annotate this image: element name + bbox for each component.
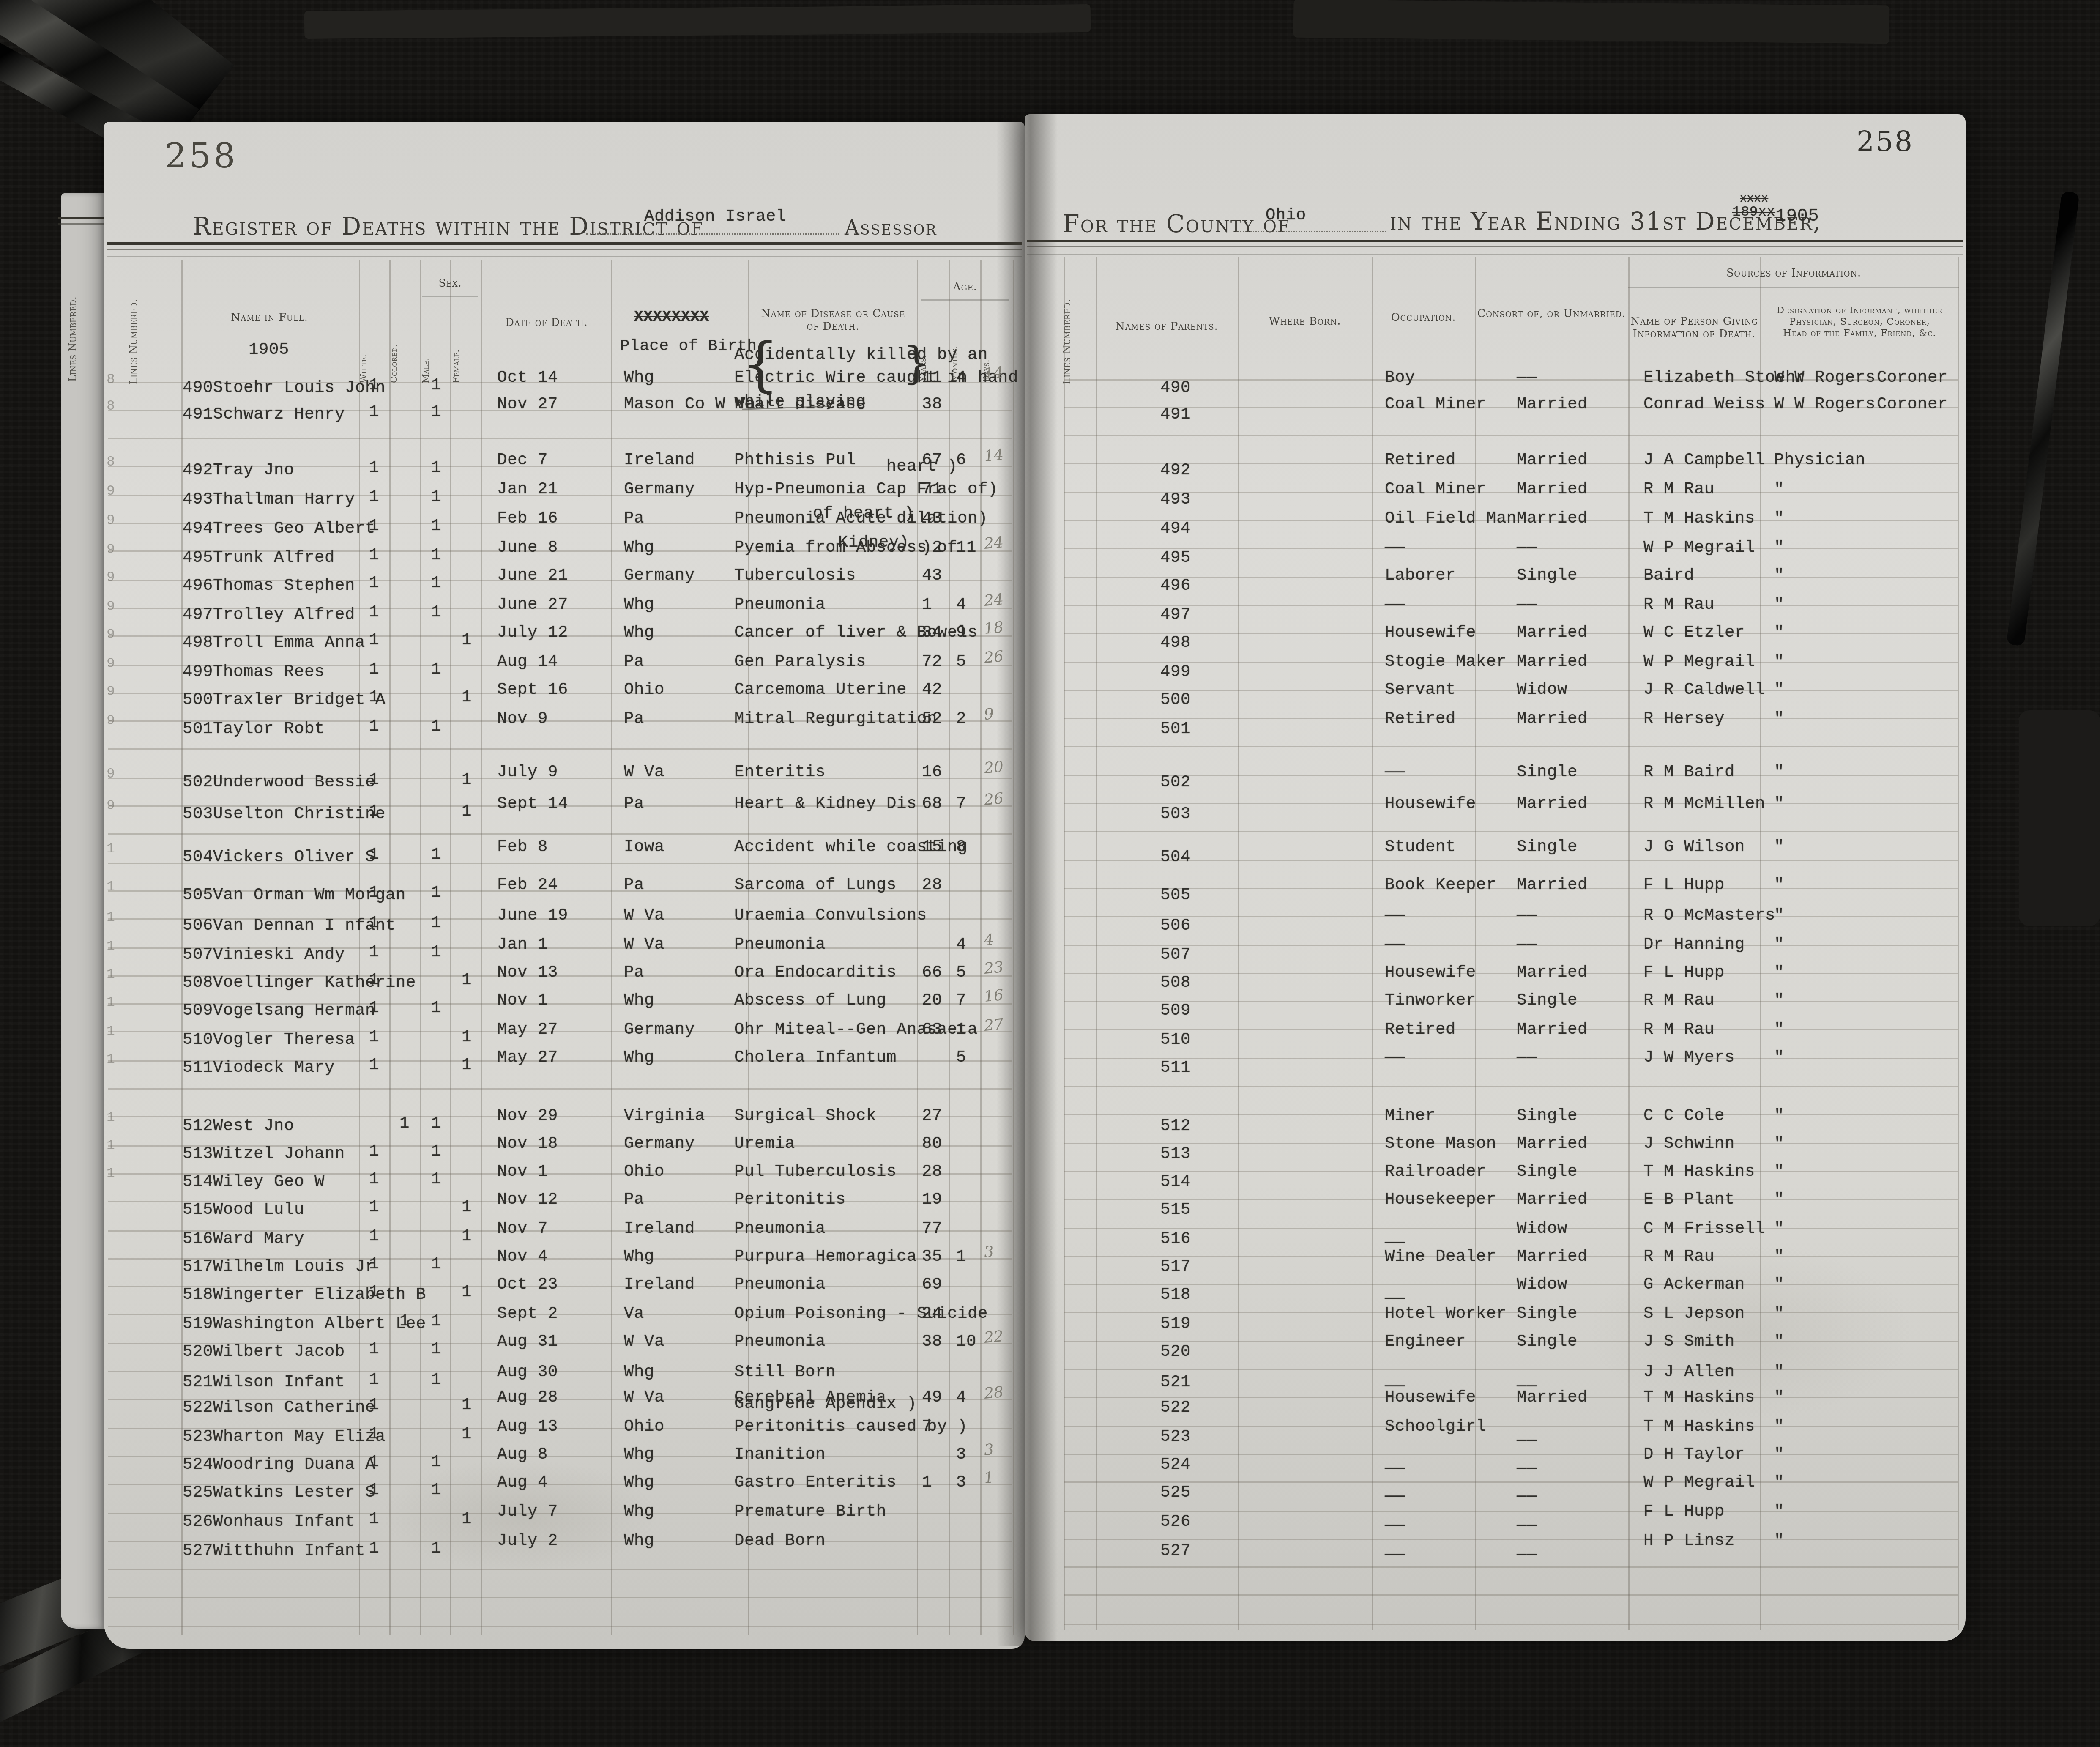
designation-cell: " — [1774, 1162, 1784, 1181]
entry-number: 519 — [1160, 1314, 1191, 1333]
age-years: 1 — [922, 1473, 932, 1492]
county-name: Ohio — [1266, 205, 1306, 225]
death-date: Aug 4 — [497, 1473, 548, 1492]
edge-digit: 9 — [107, 685, 115, 700]
age-years: 24 — [922, 1304, 942, 1323]
previous-page-rule-2 — [58, 223, 109, 225]
ruled-line — [1064, 1482, 1958, 1483]
edge-digit: 9 — [107, 799, 115, 814]
birth-place: Germany — [624, 566, 695, 585]
informant-cell: R M McMillen — [1643, 794, 1765, 813]
male-mark: 1 — [431, 375, 441, 394]
entry-number: 510 — [1160, 1030, 1191, 1049]
age-years: 35 — [922, 1247, 942, 1266]
age-months: 10 — [956, 1332, 976, 1351]
death-date: June 27 — [497, 595, 568, 614]
ruled-line — [1064, 1566, 1958, 1568]
informant-cell: W P Megrail — [1643, 1473, 1755, 1492]
cause-of-death: Dead Born — [734, 1531, 826, 1550]
male-mark: 1 — [431, 942, 441, 961]
death-date: June 21 — [497, 566, 568, 585]
death-date: Nov 18 — [497, 1134, 558, 1153]
age-years: 38 — [922, 1332, 942, 1351]
death-date: Jan 21 — [497, 479, 558, 498]
age-years: 52 — [922, 709, 942, 728]
consort-cell: Single — [1517, 1332, 1578, 1351]
entry-name: Viodeck Mary — [213, 1058, 335, 1077]
ruled-line — [1064, 548, 1958, 550]
birth-place: Virginia — [624, 1106, 705, 1125]
edge-digit: 9 — [107, 600, 115, 615]
male-mark: 1 — [431, 516, 441, 535]
designation-cell: " — [1774, 1190, 1784, 1209]
designation-cell: " — [1774, 1048, 1784, 1067]
entry-name: Washington Albert Lee — [213, 1314, 426, 1333]
age-days-handwritten: 22 — [983, 1327, 1004, 1347]
death-date: June 19 — [497, 906, 568, 925]
entry-number: 505 — [183, 885, 213, 904]
birth-place: Whg — [624, 1502, 654, 1521]
death-date: Nov 7 — [497, 1219, 548, 1238]
white-mark: 1 — [369, 1227, 379, 1246]
male-mark: 1 — [431, 487, 441, 506]
edge-digit: 9 — [107, 767, 115, 783]
age-years: 49 — [922, 1388, 942, 1407]
register-title: Register of Deaths within the District o… — [193, 213, 704, 241]
entry-number: 521 — [183, 1372, 213, 1391]
entry-number: 519 — [183, 1314, 213, 1333]
informant-cell: J A Campbell — [1643, 450, 1765, 469]
column-line — [420, 260, 421, 1635]
ruled-line — [1064, 916, 1958, 917]
entry-name: Traxler Bridget A — [213, 690, 386, 709]
death-date: Oct 14 — [497, 368, 558, 387]
designation-cell: " — [1774, 1531, 1784, 1550]
death-date: Aug 31 — [497, 1332, 558, 1351]
entry-name: Wilson Catherine — [213, 1398, 375, 1417]
birth-place: Whg — [624, 1473, 654, 1492]
cause-of-death: Pneumonia — [734, 1219, 826, 1238]
occupation-header: Occupation. — [1372, 312, 1475, 325]
designation-cell: " — [1774, 794, 1784, 813]
informant-cell: T M Haskins — [1643, 1162, 1755, 1181]
male-mark: 1 — [431, 402, 441, 421]
death-date: Oct 23 — [497, 1275, 558, 1294]
white-mark: 1 — [369, 630, 379, 649]
parents-header: Names of Parents. — [1096, 321, 1238, 334]
birth-place: Whg — [624, 623, 654, 642]
informant-cell: Conrad Weiss — [1643, 394, 1765, 413]
edge-digit: 1 — [107, 996, 115, 1011]
designation-cell: " — [1774, 652, 1784, 671]
cause-of-death: Purpura Hemoragica — [734, 1247, 917, 1266]
designation-header-line1: Designation of Informant, whether — [1760, 304, 1959, 316]
consort-cell: Married — [1517, 450, 1588, 469]
age-years: 69 — [922, 1275, 942, 1294]
white-mark: 1 — [369, 1142, 379, 1161]
entry-number: 494 — [1160, 519, 1191, 538]
title-rule — [1027, 240, 1963, 242]
entry-number: 505 — [1160, 885, 1191, 904]
entry-number: 527 — [1160, 1541, 1191, 1560]
struck-place-header: XXXXXXXX — [634, 308, 709, 326]
birth-place: Pa — [624, 875, 644, 894]
entry-name: Troll Emma Anna — [213, 633, 365, 652]
death-date: Feb 8 — [497, 837, 548, 856]
white-mark: 1 — [369, 1169, 379, 1188]
informant-cell: J G Wilson — [1643, 837, 1745, 856]
age-days-handwritten: 27 — [983, 1015, 1004, 1035]
female-mark: 1 — [462, 1424, 472, 1443]
entry-number: 516 — [1160, 1229, 1191, 1248]
birth-place: Whg — [624, 1362, 654, 1381]
ruled-line — [1064, 1029, 1958, 1030]
entry-number: 515 — [1160, 1200, 1191, 1219]
district-underline — [586, 233, 839, 235]
male-mark: 1 — [431, 998, 441, 1017]
board-top-right — [1293, 0, 1890, 44]
entry-name: Stoehr Louis John — [213, 378, 386, 397]
entry-name: Taylor Robt — [213, 719, 325, 738]
ruled-line — [1064, 746, 1958, 748]
entry-name: Vogelsang Herman — [213, 1001, 375, 1020]
designation-cell: " — [1774, 906, 1784, 925]
entry-name: Uselton Christine — [213, 804, 386, 823]
colored-mark: 1 — [399, 1312, 410, 1331]
death-date: Sept 2 — [497, 1304, 558, 1323]
column-line — [1238, 257, 1239, 1630]
designation-cell: " — [1774, 875, 1784, 894]
entry-name: Ward Mary — [213, 1229, 304, 1248]
cause-of-death: Peritonitis caused by ) — [734, 1417, 968, 1436]
cause-of-death: Opium Poisoning - Suicide — [734, 1304, 988, 1323]
death-date: Sept 14 — [497, 794, 568, 813]
sources-underline — [1628, 287, 1959, 288]
ruled-line — [1064, 1284, 1958, 1285]
entry-number: 502 — [1160, 772, 1191, 791]
typed-year-header: 1905 — [249, 340, 289, 359]
death-date: Aug 28 — [497, 1388, 558, 1407]
entry-number: 507 — [183, 945, 213, 964]
informant-cell: W P Megrail — [1643, 652, 1755, 671]
occupation-cell: Oil Field Man — [1385, 509, 1517, 528]
male-mark: 1 — [431, 602, 441, 622]
female-col-label: Female. — [451, 350, 462, 383]
entry-number: 510 — [183, 1030, 213, 1049]
entry-number: 525 — [183, 1483, 213, 1502]
edge-digit: 9 — [107, 714, 115, 729]
birth-place: Germany — [624, 1020, 695, 1039]
white-mark: 1 — [369, 458, 379, 477]
age-years: 7 — [922, 1417, 932, 1436]
white-mark: 1 — [369, 1424, 379, 1443]
death-date: Jan 1 — [497, 935, 548, 954]
birth-place: Pa — [624, 1190, 644, 1209]
entry-number: 514 — [1160, 1172, 1191, 1191]
entry-name: Wharton May Eliza — [213, 1427, 386, 1446]
death-date: May 27 — [497, 1020, 558, 1039]
consort-cell: —— — [1517, 1048, 1537, 1067]
age-years: 43 — [922, 509, 942, 528]
entry-number: 496 — [1160, 576, 1191, 595]
birth-place: Germany — [624, 1134, 695, 1153]
death-date: Nov 4 — [497, 1247, 548, 1266]
entry-name: Wingerter Elizabeth B — [213, 1285, 426, 1304]
cause-of-death: Carcemoma Uterine — [734, 680, 907, 699]
white-mark: 1 — [369, 1370, 379, 1389]
brace-right: } — [903, 342, 930, 385]
entry-number: 511 — [1160, 1058, 1191, 1077]
death-date: Nov 1 — [497, 991, 548, 1010]
occupation-cell: Tinworker — [1385, 991, 1476, 1010]
edge-digit: 8 — [107, 373, 115, 388]
white-mark: 1 — [369, 516, 379, 535]
birth-place: Va — [624, 1304, 644, 1323]
age-years: 77 — [922, 1219, 942, 1238]
ruled-line — [1064, 1454, 1958, 1455]
informant-cell: J J Allen — [1643, 1362, 1735, 1381]
ledger-photo: Lines Numbered. 258 258 Register of Deat… — [0, 0, 2100, 1747]
entry-name: Trolley Alfred — [213, 605, 355, 624]
death-date: Aug 14 — [497, 652, 558, 671]
female-mark: 1 — [462, 1509, 472, 1528]
entry-name: Trunk Alfred — [213, 548, 335, 567]
female-mark: 1 — [462, 1227, 472, 1246]
male-col-label: Male. — [421, 358, 431, 383]
edge-digit: 8 — [107, 400, 115, 415]
consort-cell: Married — [1517, 794, 1588, 813]
designation-cell-2: Coroner — [1877, 394, 1948, 413]
female-mark: 1 — [462, 1395, 472, 1414]
male-mark: 1 — [431, 458, 441, 477]
ruled-line — [1064, 492, 1958, 493]
white-mark: 1 — [369, 545, 379, 564]
male-mark: 1 — [431, 1142, 441, 1161]
designation-cell-2: Coroner — [1877, 368, 1948, 387]
occupation-cell: —— — [1385, 595, 1405, 614]
occupation-cell: —— — [1385, 538, 1405, 557]
ruled-line — [108, 438, 1012, 439]
ruled-line — [1064, 1397, 1958, 1398]
birth-place: Ireland — [624, 1219, 695, 1238]
death-date: Nov 27 — [497, 394, 558, 413]
entry-name: Wood Lulu — [213, 1200, 304, 1219]
male-mark: 1 — [431, 1114, 441, 1133]
title-rule — [1027, 254, 1963, 255]
informant-cell: H P Linsz — [1643, 1531, 1735, 1550]
ruled-line — [1064, 945, 1958, 946]
white-mark: 1 — [369, 883, 379, 902]
previous-page-lines-numbered-label: Lines Numbered. — [67, 296, 79, 382]
birth-place: Pa — [624, 794, 644, 813]
cause-of-death: Pneumonia — [734, 935, 826, 954]
occupation-cell: Hotel Worker — [1385, 1304, 1507, 1323]
age-days-handwritten: 28 — [983, 1383, 1004, 1402]
entry-name: Vickers Oliver S — [213, 847, 375, 866]
death-date: Aug 8 — [497, 1445, 548, 1464]
cause-of-death: Hyp-Pneumonia Cap Frac of) — [734, 479, 998, 498]
ruled-line — [1064, 775, 1958, 776]
edge-digit: 1 — [107, 1025, 115, 1040]
informant-cell: S L Jepson — [1643, 1304, 1745, 1323]
entry-number: 502 — [183, 772, 213, 791]
designation-cell: " — [1774, 1020, 1784, 1039]
brace-left: { — [742, 334, 779, 393]
page-number-left: 258 — [165, 137, 238, 176]
designation-cell: " — [1774, 566, 1784, 585]
entry-number: 493 — [1160, 490, 1191, 509]
consort-cell: Married — [1517, 709, 1588, 728]
occupation-cell: Engineer — [1385, 1332, 1466, 1351]
consort-cell: Married — [1517, 509, 1588, 528]
age-days-handwritten: 4 — [983, 931, 994, 949]
occupation-cell: Miner — [1385, 1106, 1436, 1125]
sources-header: Sources of Information. — [1628, 268, 1959, 280]
entry-name: Van Dennan I nfant — [213, 916, 396, 935]
cause-of-death: Pneumonia — [734, 1275, 826, 1294]
designation-cell: " — [1774, 1417, 1784, 1436]
age-years: 63 — [922, 1020, 942, 1039]
ruled-line — [1064, 1142, 1958, 1144]
birth-place: Whg — [624, 1247, 654, 1266]
age-months: 3 — [956, 1445, 966, 1464]
edge-digit: 1 — [107, 880, 115, 895]
cause-of-death: Tuberculosis — [734, 566, 856, 585]
edge-digit: 1 — [107, 1167, 115, 1182]
age-years: 66 — [922, 963, 942, 982]
ruled-line — [1064, 1510, 1958, 1512]
edge-digit: 1 — [107, 911, 115, 926]
ruled-line — [108, 749, 1012, 750]
ruled-line — [1064, 605, 1958, 606]
entry-number: 498 — [183, 633, 213, 652]
cause-of-death: Cholera Infantum — [734, 1048, 897, 1067]
struck-year-top: xxxx — [1740, 193, 1768, 205]
male-mark: 1 — [431, 1312, 441, 1331]
white-mark: 1 — [369, 1197, 379, 1216]
ruled-line — [1064, 577, 1958, 578]
age-months: 1 — [956, 1247, 966, 1266]
ruled-line — [1064, 1623, 1958, 1624]
entry-number: 511 — [183, 1058, 213, 1077]
consort-cell: Married — [1517, 652, 1588, 671]
age-underline — [921, 299, 1009, 301]
age-days-handwritten: 26 — [983, 789, 1004, 809]
occupation-cell: Railroader — [1385, 1162, 1486, 1181]
page-number-right: 258 — [1857, 127, 1914, 159]
ruled-line — [108, 834, 1012, 835]
informant-cell: F L Hupp — [1643, 963, 1725, 982]
white-mark: 1 — [369, 1480, 379, 1499]
cause-of-death: Mitral Regurgitation — [734, 709, 937, 728]
designation-cell: " — [1774, 623, 1784, 642]
informant-cell: R M Rau — [1643, 479, 1714, 498]
designation-cell: " — [1774, 595, 1784, 614]
cause-of-death: Gastro Enteritis — [734, 1473, 897, 1492]
age-months: 5 — [956, 1048, 966, 1067]
occupation-cell: Student — [1385, 837, 1456, 856]
column-line — [1628, 257, 1630, 1630]
entry-name: Wilson Infant — [213, 1372, 345, 1391]
title-rule — [107, 256, 1022, 257]
entry-number: 495 — [183, 548, 213, 567]
age-years: 71 — [922, 479, 942, 498]
designation-cell: " — [1774, 1362, 1784, 1381]
edge-digit: 1 — [107, 1139, 115, 1154]
white-mark: 1 — [369, 375, 379, 394]
informant-cell: J R Caldwell — [1643, 680, 1765, 699]
age-days-handwritten: 14 — [983, 363, 1004, 383]
informant-cell: R M Baird — [1643, 762, 1735, 781]
ruled-line — [1064, 860, 1958, 861]
edge-digit: 8 — [107, 455, 115, 471]
column-line — [1958, 257, 1959, 1630]
ruled-line — [1064, 888, 1958, 889]
ruled-line — [1064, 1057, 1958, 1059]
occupation-cell: —— — [1385, 935, 1405, 954]
consort-cell: —— — [1517, 1459, 1537, 1478]
female-mark: 1 — [462, 630, 472, 649]
white-mark: 1 — [369, 1254, 379, 1273]
entry-name: Wonhaus Infant — [213, 1512, 355, 1531]
age-months: 7 — [956, 794, 966, 813]
consort-cell: Widow — [1517, 1219, 1567, 1238]
designation-cell: " — [1774, 509, 1784, 528]
entry-number: 494 — [183, 519, 213, 538]
informant-cell: W C Etzler — [1643, 623, 1745, 642]
white-mark: 1 — [369, 998, 379, 1017]
age-days-handwritten: 24 — [983, 533, 1004, 553]
age-years: )2 — [922, 538, 942, 557]
ruled-line — [1064, 1255, 1958, 1257]
entry-name: Vinieski Andy — [213, 945, 345, 964]
entry-number: 503 — [1160, 804, 1191, 823]
edge-digit: 1 — [107, 1053, 115, 1068]
male-mark: 1 — [431, 573, 441, 592]
age-days-handwritten: 16 — [983, 986, 1004, 1005]
occupation-cell: —— — [1385, 1048, 1405, 1067]
age-months: 7 — [956, 991, 966, 1010]
register-year: 1905 — [1775, 207, 1819, 227]
designation-cell: " — [1774, 1445, 1784, 1464]
lines-numbered-label-right: Lines Numbered. — [1061, 299, 1073, 384]
entry-number: 493 — [183, 490, 213, 509]
entry-number: 523 — [1160, 1427, 1191, 1446]
cause-of-death: Peritonitis — [734, 1190, 846, 1209]
entry-number: 514 — [183, 1172, 213, 1191]
male-mark: 1 — [431, 1480, 441, 1499]
ruled-line — [1064, 435, 1958, 436]
entry-number: 517 — [183, 1257, 213, 1276]
object-right — [2019, 710, 2100, 926]
death-date: Aug 30 — [497, 1362, 558, 1381]
column-line — [1096, 257, 1097, 1630]
age-months: 3 — [956, 1473, 966, 1492]
edge-digit: 9 — [107, 657, 115, 672]
entry-number: 513 — [1160, 1144, 1191, 1163]
white-mark: 1 — [369, 487, 379, 506]
informant-cell: R M Rau — [1643, 991, 1714, 1010]
ruled-line — [1064, 1086, 1958, 1087]
birth-place: W Va — [624, 935, 664, 954]
occupation-cell: —— — [1385, 1545, 1405, 1564]
death-date: Nov 1 — [497, 1162, 548, 1181]
white-mark: 1 — [369, 1282, 379, 1301]
male-mark: 1 — [431, 1254, 441, 1273]
entry-number: 521 — [1160, 1372, 1191, 1391]
death-date: May 27 — [497, 1048, 558, 1067]
entry-number: 527 — [183, 1541, 213, 1560]
